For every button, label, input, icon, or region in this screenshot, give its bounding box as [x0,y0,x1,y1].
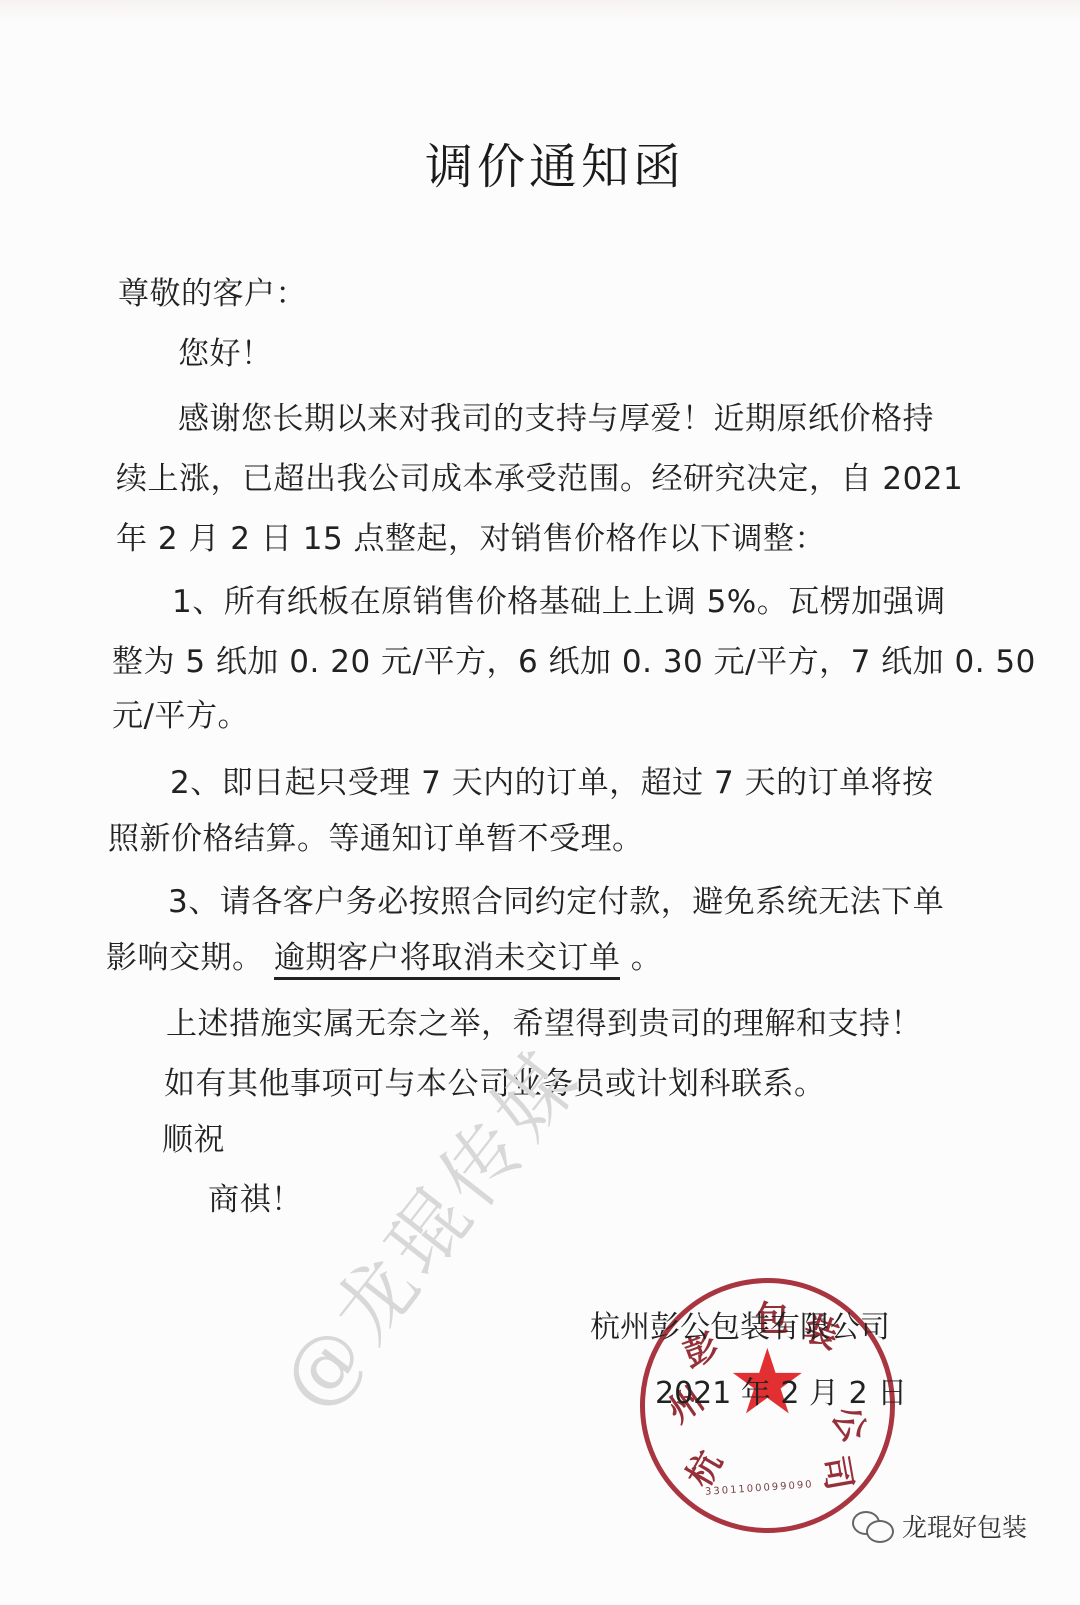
item3-period: 。 [631,940,663,976]
regards: 顺祝 [162,1114,225,1159]
regards-2: 商祺！ [208,1174,303,1219]
footer-brand-name: 龙琨好包装 [902,1508,1027,1544]
intro-line-3: 年 2 月 2 日 15 点整起，对销售价格作以下调整： [116,513,826,558]
item3-line-1: 3、请各客户务必按照合同约定付款，避免系统无法下单 [168,876,944,921]
item1-line-3: 元/平方。 [112,690,249,735]
item2-line-1: 2、即日起只受理 7 天内的订单，超过 7 天的订单将按 [170,757,934,802]
item3-line-2: 影响交期。 逾期客户将取消未交订单 。 [106,932,662,977]
seal-char: 司 [813,1452,867,1494]
wechat-icon [852,1511,894,1541]
signature-date: 2021 年 2 月 2 日 [655,1368,907,1412]
scan-top-edge [0,0,1080,22]
salutation: 尊敬的客户： [118,268,307,313]
intro-line-1: 感谢您长期以来对我司的支持与厚爱！近期原纸价格持 [178,393,934,438]
company-signature: 杭州彭公包装有限公司 [590,1302,890,1346]
closing-line-1: 上述措施实属无奈之举，希望得到贵司的理解和支持！ [166,998,922,1043]
item1-line-1: 1、所有纸板在原销售价格基础上上调 5%。瓦楞加强调 [172,576,946,621]
item3-text: 影响交期。 [106,940,264,976]
greeting: 您好！ [178,328,273,373]
overdue-warning-underlined: 逾期客户将取消未交订单 [274,940,621,980]
item1-line-2: 整为 5 纸加 0. 20 元/平方，6 纸加 0. 30 元/平方，7 纸加 … [112,636,1036,681]
document-title: 调价通知函 [0,128,1080,197]
footer-brand: 龙琨好包装 [852,1508,1027,1544]
item2-line-2: 照新价格结算。等通知订单暂不受理。 [108,813,644,858]
intro-line-2: 续上涨，已超出我公司成本承受范围。经研究决定，自 2021 [116,453,963,498]
